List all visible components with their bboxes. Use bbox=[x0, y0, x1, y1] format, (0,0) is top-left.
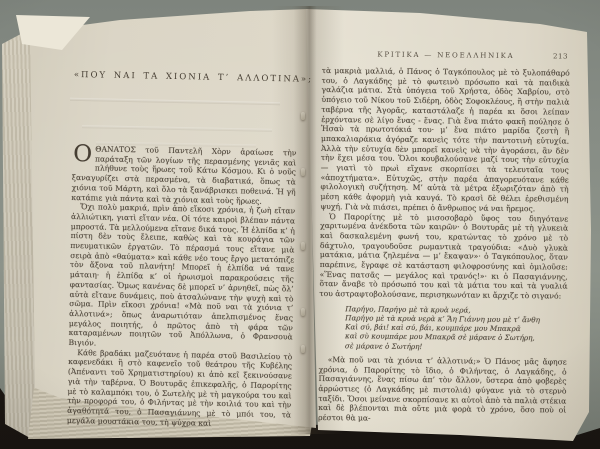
page-number: 213 bbox=[553, 52, 568, 60]
verse-quote: Παρήγο, Παρήγο μὲ τὰ κρυὰ νερά, Παρήγο μ… bbox=[345, 304, 567, 352]
binding-stitch bbox=[301, 112, 305, 120]
paragraph: Ὁ Παρορίτης μὲ τὸ μισοσοβαρὸ ὕφος του δι… bbox=[319, 212, 568, 302]
binding-stitch bbox=[301, 345, 305, 353]
left-page-text: «ΠΟΥ ΝΑΙ ΤΑ ΧΙΟΝΙΑ Τ’ ΑΛΛΟΤΙΝΑ»; ΟΘΑΝΑΤΟ… bbox=[67, 70, 298, 430]
drop-cap: Ο bbox=[72, 144, 95, 164]
paragraph: Κάθε βραδάκι μαζευότανε ἡ παρέα στοῦ Βασ… bbox=[67, 348, 293, 430]
opening-paragraph: ΟΘΑΝΑΤΟΣ τοῦ Παντελῆ Χὸρν ἀραίωσε τὴν πα… bbox=[71, 144, 296, 207]
paragraph: Ὄχι πολὺ μακριά, πρὶν ἀπὸ εἴκοσι χρόνια,… bbox=[68, 202, 295, 352]
binding-stitch bbox=[301, 308, 305, 316]
photo-background: «ΠΟΥ ΝΑΙ ΤΑ ΧΙΟΝΙΑ Τ’ ΑΛΛΟΤΙΝΑ»; ΟΘΑΝΑΤΟ… bbox=[0, 0, 600, 449]
paragraph: τὰ μακριὰ μαλλιά, ὁ Πάνος ὁ Ταγκόπουλος … bbox=[320, 66, 570, 214]
binding-stitch bbox=[301, 168, 305, 176]
opening-paragraph-text: ΘΑΝΑΤΟΣ τοῦ Παντελῆ Χὸρν ἀραίωσε τὴν παρ… bbox=[71, 144, 296, 205]
right-page-text: ΚΡΙΤΙΚΑ — ΝΕΟΕΛΛΗΝΙΚΑ 213 τὰ μακριὰ μαλλ… bbox=[318, 50, 570, 425]
closing-paragraph: «Μὰ ποῦ ναι τὰ χιόνια τ’ ἀλλοτινά;» Ὁ Πά… bbox=[318, 355, 567, 426]
running-header: ΚΡΙΤΙΚΑ — ΝΕΟΕΛΛΗΝΙΚΑ bbox=[377, 51, 514, 60]
running-header-row: ΚΡΙΤΙΚΑ — ΝΕΟΕΛΛΗΝΙΚΑ 213 bbox=[322, 50, 570, 61]
binding-stitch bbox=[301, 242, 305, 250]
